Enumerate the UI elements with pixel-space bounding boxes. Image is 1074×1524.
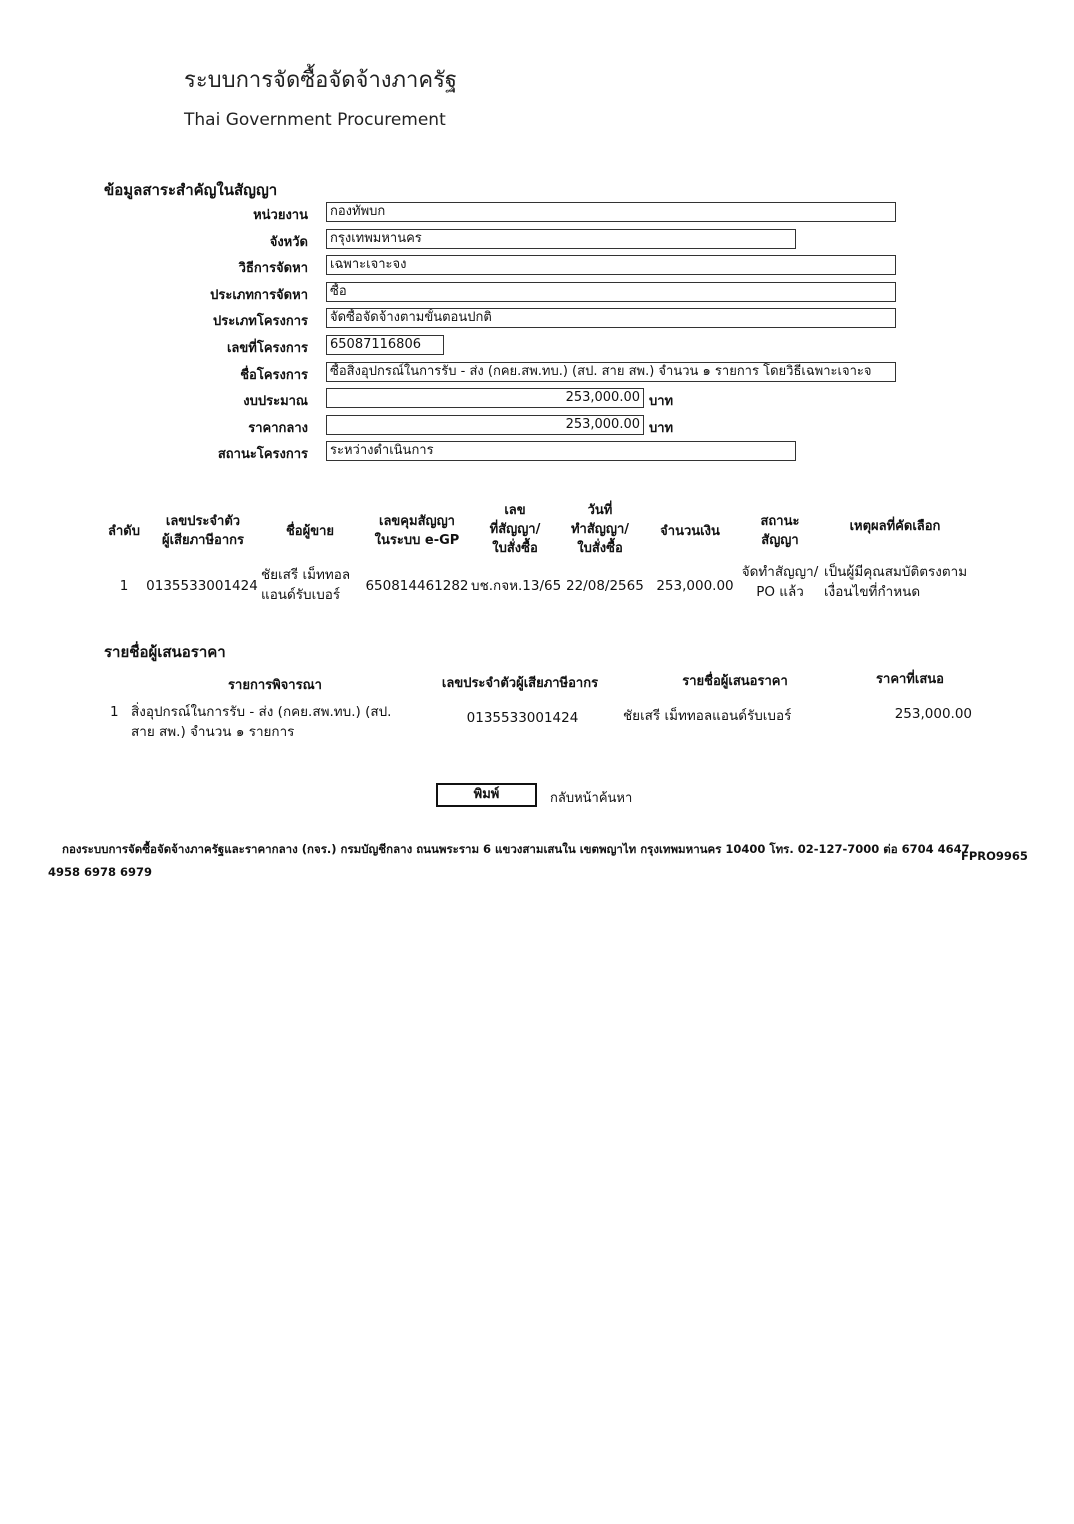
reference-price-label: ราคากลาง [98, 417, 308, 438]
col-header-egp-no: เลขคุมสัญญา ในระบบ e-GP [362, 512, 472, 550]
cell-reason: เป็นผู้มีคุณสมบัติตรงตาม เงื่อนไขที่กำหน… [824, 562, 984, 602]
bidder-seq: 1 [110, 702, 126, 722]
cell-amount: 253,000.00 [650, 576, 740, 596]
bidder-item: สิ่งอุปกรณ์ในการรับ - ส่ง (กคย.สพ.ทบ.) (… [131, 702, 421, 742]
procurement-method-field: เฉพาะเจาะจง [326, 255, 896, 275]
budget-unit: บาท [649, 390, 673, 411]
cell-tax-id: 0135533001424 [146, 576, 258, 596]
page-title-thai: ระบบการจัดซื้อจัดจ้างภาครัฐ [184, 62, 457, 97]
cell-seller: ชัยเสรี เม็ททอล แอนด์รับเบอร์ [261, 565, 361, 605]
project-name-label: ชื่อโครงการ [98, 364, 308, 385]
col-header-seller: ชื่อผู้ขาย [265, 522, 355, 541]
col-header-amount: จำนวนเงิน [645, 522, 735, 541]
reference-price-field: 253,000.00 [326, 415, 644, 435]
bidder-tax-id: 0135533001424 [440, 708, 605, 728]
contract-info-title: ข้อมูลสาระสำคัญในสัญญา [104, 178, 277, 202]
bidders-title: รายชื่อผู้เสนอราคา [104, 640, 226, 664]
bidder-header-tax-id: เลขประจำตัวผู้เสียภาษีอากร [420, 674, 620, 693]
col-header-seq: ลำดับ [100, 522, 148, 541]
cell-egp-no: 650814461282 [364, 576, 470, 596]
project-status-field: ระหว่างดำเนินการ [326, 441, 796, 461]
project-number-field: 65087116806 [326, 335, 444, 355]
procurement-method-label: วิธีการจัดหา [98, 257, 308, 278]
reference-price-unit: บาท [649, 417, 673, 438]
page-title-english: Thai Government Procurement [184, 110, 446, 130]
cell-status: จัดทำสัญญา/ PO แล้ว [738, 562, 822, 602]
back-to-search-link[interactable]: กลับหน้าค้นหา [550, 787, 632, 808]
project-status-label: สถานะโครงการ [98, 443, 308, 464]
agency-field: กองทัพบก [326, 202, 896, 222]
col-header-status: สถานะ สัญญา [740, 512, 820, 550]
footer-address: กองระบบการจัดซื้อจัดจ้างภาครัฐและราคากลา… [62, 841, 942, 859]
col-header-reason: เหตุผลที่คัดเลือก [820, 517, 970, 536]
bidder-header-item: รายการพิจารณา [180, 676, 370, 695]
procurement-type-label: ประเภทการจัดหา [98, 284, 308, 305]
bidder-name: ชัยเสรี เม็ททอลแอนด์รับเบอร์ [623, 706, 813, 726]
col-header-contract-no: เลข ที่สัญญา/ ใบสั่งซื้อ [470, 501, 560, 558]
project-type-field: จัดซื้อจัดจ้างตามขั้นตอนปกติ [326, 308, 896, 328]
project-number-label: เลขที่โครงการ [98, 337, 308, 358]
project-type-label: ประเภทโครงการ [98, 310, 308, 331]
cell-contract-date: 22/08/2565 [566, 576, 646, 596]
province-label: จังหวัด [98, 231, 308, 252]
cell-seq: 1 [100, 576, 148, 596]
footer-phone-extensions: 4958 6978 6979 [48, 865, 152, 879]
print-button[interactable]: พิมพ์ [436, 783, 537, 807]
cell-contract-no: บช.กจห.13/65 [471, 576, 565, 596]
budget-field: 253,000.00 [326, 388, 644, 408]
bidder-price: 253,000.00 [860, 704, 972, 724]
budget-label: งบประมาณ [98, 390, 308, 411]
footer-page-code: FPRO9965 [961, 849, 1028, 863]
procurement-type-field: ซื้อ [326, 282, 896, 302]
col-header-tax-id: เลขประจำตัว ผู้เสียภาษีอากร [148, 512, 258, 550]
agency-label: หน่วยงาน [98, 204, 308, 225]
project-name-field: ซื้อสิ่งอุปกรณ์ในการรับ - ส่ง (กคย.สพ.ทบ… [326, 362, 896, 382]
bidder-header-name: รายชื่อผู้เสนอราคา [660, 672, 810, 691]
bidder-header-price: ราคาที่เสนอ [850, 670, 970, 689]
col-header-contract-date: วันที่ ทำสัญญา/ ใบสั่งซื้อ [560, 501, 640, 558]
province-field: กรุงเทพมหานคร [326, 229, 796, 249]
